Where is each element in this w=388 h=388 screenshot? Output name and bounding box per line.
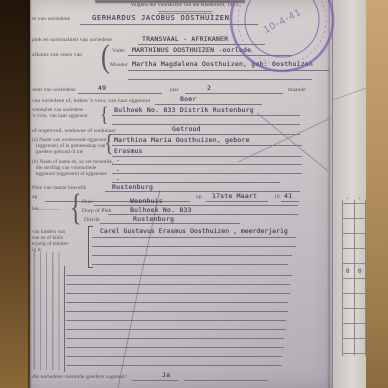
death-notice-photo: Volgens die Voorskrifte van die Boedelwe…	[0, 0, 388, 388]
date-stamp: 10-4-41	[224, 0, 340, 80]
stamp-date-text: 10-4-41	[262, 7, 304, 36]
